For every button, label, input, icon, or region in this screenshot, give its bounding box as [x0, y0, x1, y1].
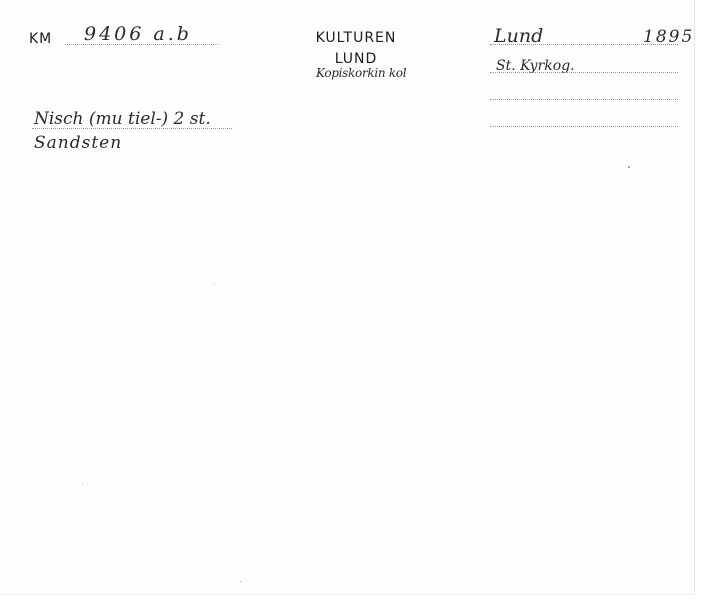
- description-line-2: Sandsten: [34, 133, 122, 153]
- description-rule: [32, 128, 232, 129]
- institution-handwritten-note: Kopiskorkin kol: [316, 66, 406, 80]
- catalog-number-rule: [65, 44, 218, 45]
- empty-rule-2: [490, 126, 678, 127]
- scan-speck: [628, 166, 630, 168]
- institution-name: KULTUREN: [310, 30, 402, 46]
- scan-speck: [82, 484, 83, 485]
- place-rule: [490, 44, 678, 45]
- institution-city: LUND: [310, 51, 402, 67]
- empty-rule-1: [490, 99, 678, 100]
- scan-speck: [214, 283, 215, 284]
- scan-speck: [240, 581, 241, 582]
- description-line-1: Nisch (mu tiel-) 2 st.: [34, 109, 211, 129]
- catalog-number: 9406 a.b: [84, 23, 192, 45]
- catalog-card: KM 9406 a.b KULTUREN LUND Kopiskorkin ko…: [0, 0, 695, 595]
- catalog-label: KM: [29, 31, 52, 47]
- site-rule: [490, 72, 678, 73]
